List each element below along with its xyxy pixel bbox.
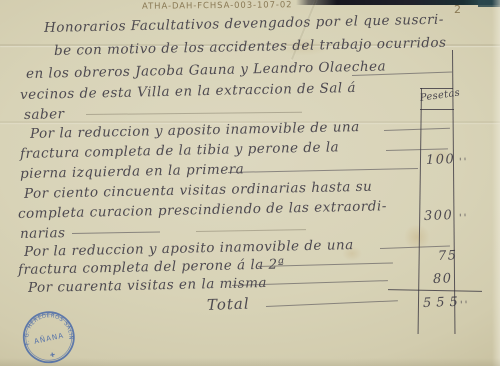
scanned-document-page: ATHA-DAH-FCHSA-003-107-02 2 Honorarios F… — [0, 0, 500, 366]
archive-reference: ATHA-DAH-FCHSA-003-107-02 — [142, 0, 293, 12]
entry-1-line-2: fractura completa de la tibia y perone d… — [20, 139, 339, 162]
entry-2-line-1: Por ciento cincuenta visitas ordinarias … — [24, 179, 373, 202]
heading-line-3: en los obreros Jacoba Gauna y Leandro Ol… — [26, 58, 386, 82]
column-header-bottom-rule — [420, 109, 454, 110]
entry-1-amount: 100 — [426, 152, 456, 168]
entry-1-cents: '' — [459, 157, 469, 168]
entry-2-line-2: completa curacion prescindiendo de las e… — [18, 198, 387, 222]
total-separator-rule — [388, 289, 482, 292]
page-number: 2 — [454, 3, 461, 16]
stamp-cross-icon: ✚ — [49, 351, 55, 359]
heading-line-1: Honorarios Facultativos devengados por e… — [44, 12, 444, 36]
fill-line — [266, 300, 398, 307]
total-label: Total — [207, 295, 250, 314]
entry-2-line-3: narias — [20, 225, 66, 242]
entry-3-amount: 75 — [438, 248, 458, 264]
fill-line — [196, 229, 306, 232]
currency-column-header: Pesetas — [419, 87, 461, 104]
heading-line-2: be con motivo de los accidentes del trab… — [54, 35, 447, 59]
heading-line-4: vecinos de esta Villa en la extraccion d… — [20, 80, 356, 103]
entry-1-line-3: pierna izquierda en la primera — [20, 161, 245, 182]
heading-line-5: saber — [24, 106, 65, 123]
column-rule-left — [418, 88, 423, 334]
stamp-arc-text: F. G. HEREDEROS SALINAS — [14, 304, 75, 351]
total-amount: 555 — [423, 295, 463, 311]
entry-3-line-1: Por la reduccion y aposito inamovible de… — [24, 237, 354, 260]
fill-line — [72, 231, 160, 234]
entry-4-amount: 80 — [433, 271, 453, 287]
svg-text:F. G. HEREDEROS SALINAS: F. G. HEREDEROS SALINAS — [14, 304, 75, 351]
scan-edge-artifact — [296, 0, 500, 5]
circular-stamp: F. G. HEREDEROS SALINAS AÑANA ✚ — [14, 304, 86, 366]
entry-2-cents: '' — [459, 213, 469, 224]
fill-line — [228, 168, 418, 173]
entry-1-line-1: Por la reduccion y aposito inamovible de… — [30, 119, 360, 142]
fill-line — [86, 112, 302, 115]
total-cents: '' — [460, 300, 470, 311]
fill-line — [384, 128, 450, 131]
paper-edge-highlight — [492, 0, 500, 366]
entry-2-amount: 300 — [424, 208, 454, 224]
stamp-center-text: AÑANA — [33, 331, 65, 346]
